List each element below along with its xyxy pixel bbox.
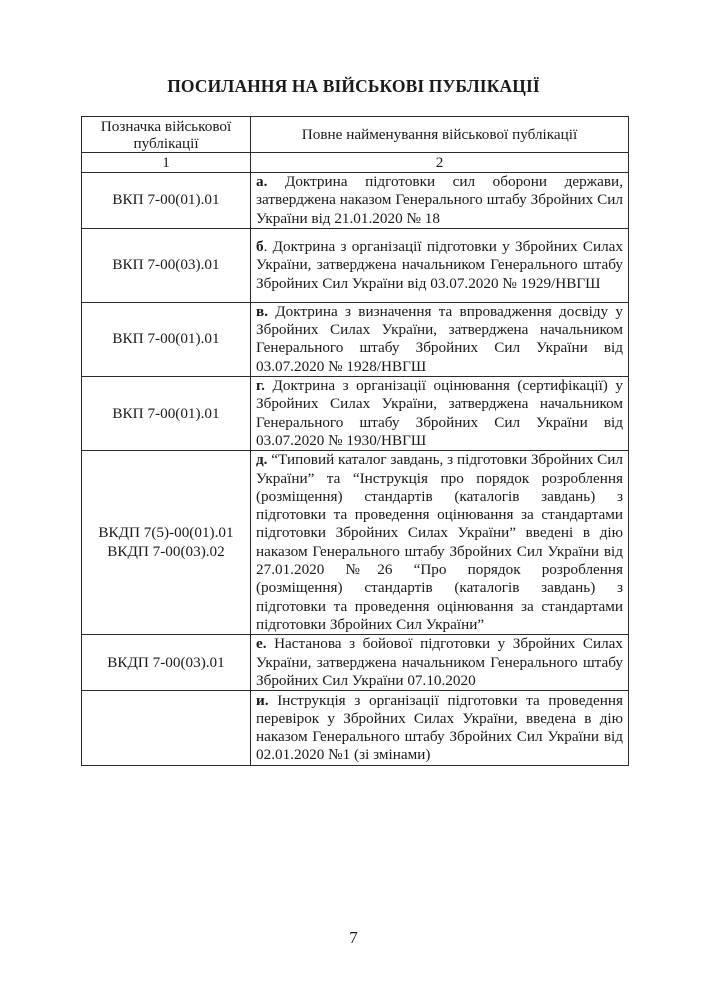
item-text: Інструкція з організації підготовки та п… [256, 692, 623, 764]
item-letter: е. [256, 635, 267, 652]
table-header-row: Позначка військової публікації Повне най… [82, 117, 629, 153]
publication-description: и. Інструкція з організації підготовки т… [251, 691, 629, 766]
publication-code [82, 691, 251, 766]
publication-code: ВКДП 7(5)-00(01).01ВКДП 7-00(03).02 [82, 451, 251, 635]
table-row: ВКП 7-00(03).01 б. Доктрина з організаці… [82, 228, 629, 302]
item-text: . Доктрина з організації підготовки у Зб… [256, 238, 623, 292]
publication-description: е. Настанова з бойової підготовки у Збро… [251, 635, 629, 691]
publication-code: ВКП 7-00(03).01 [82, 228, 251, 302]
item-letter: а. [256, 173, 267, 190]
table-row: ВКП 7-00(01).01 а. Доктрина підготовки с… [82, 173, 629, 229]
table-row: ВКДП 7(5)-00(01).01ВКДП 7-00(03).02 д. “… [82, 451, 629, 635]
item-text: Доктрина підготовки сил оборони держави,… [256, 173, 623, 227]
table-row: ВКП 7-00(01).01 в. Доктрина з визначення… [82, 302, 629, 376]
item-letter: в. [256, 303, 268, 320]
references-table: Позначка військової публікації Повне най… [81, 116, 629, 766]
item-letter: б [256, 238, 264, 255]
publication-description: д. “Типовий каталог завдань, з підготовк… [251, 451, 629, 635]
column-number-row: 1 2 [82, 153, 629, 173]
column-number-2: 2 [251, 153, 629, 173]
item-text: Доктрина з організації оцінювання (серти… [256, 377, 623, 449]
publication-description: в. Доктрина з визначення та впровадження… [251, 302, 629, 376]
item-letter: г. [256, 377, 265, 394]
publication-code: ВКП 7-00(01).01 [82, 302, 251, 376]
publication-code: ВКП 7-00(01).01 [82, 377, 251, 451]
column-number-1: 1 [82, 153, 251, 173]
item-letter: и. [256, 692, 269, 709]
header-designation: Позначка військової публікації [82, 117, 251, 153]
publication-description: а. Доктрина підготовки сил оборони держа… [251, 173, 629, 229]
item-letter: д. [256, 451, 267, 468]
item-text: Доктрина з визначення та впровадження до… [256, 303, 623, 375]
table-row: ВКП 7-00(01).01 г. Доктрина з організаці… [82, 377, 629, 451]
code-line-2: ВКДП 7-00(03).02 [107, 543, 225, 560]
header-full-name: Повне найменування військової публікації [251, 117, 629, 153]
publication-code: ВКП 7-00(01).01 [82, 173, 251, 229]
page-number: 7 [0, 928, 707, 948]
table-row: ВКДП 7-00(03).01 е. Настанова з бойової … [82, 635, 629, 691]
item-text: “Типовий каталог завдань, з підготовки З… [256, 451, 623, 633]
publication-description: г. Доктрина з організації оцінювання (се… [251, 377, 629, 451]
table-row: и. Інструкція з організації підготовки т… [82, 691, 629, 766]
publication-description: б. Доктрина з організації підготовки у З… [251, 228, 629, 302]
item-text: Настанова з бойової підготовки у Збройни… [256, 635, 623, 689]
page-title: ПОСИЛАННЯ НА ВІЙСЬКОВІ ПУБЛІКАЦІЇ [0, 76, 707, 97]
publication-code: ВКДП 7-00(03).01 [82, 635, 251, 691]
code-line-1: ВКДП 7(5)-00(01).01 [98, 524, 233, 541]
